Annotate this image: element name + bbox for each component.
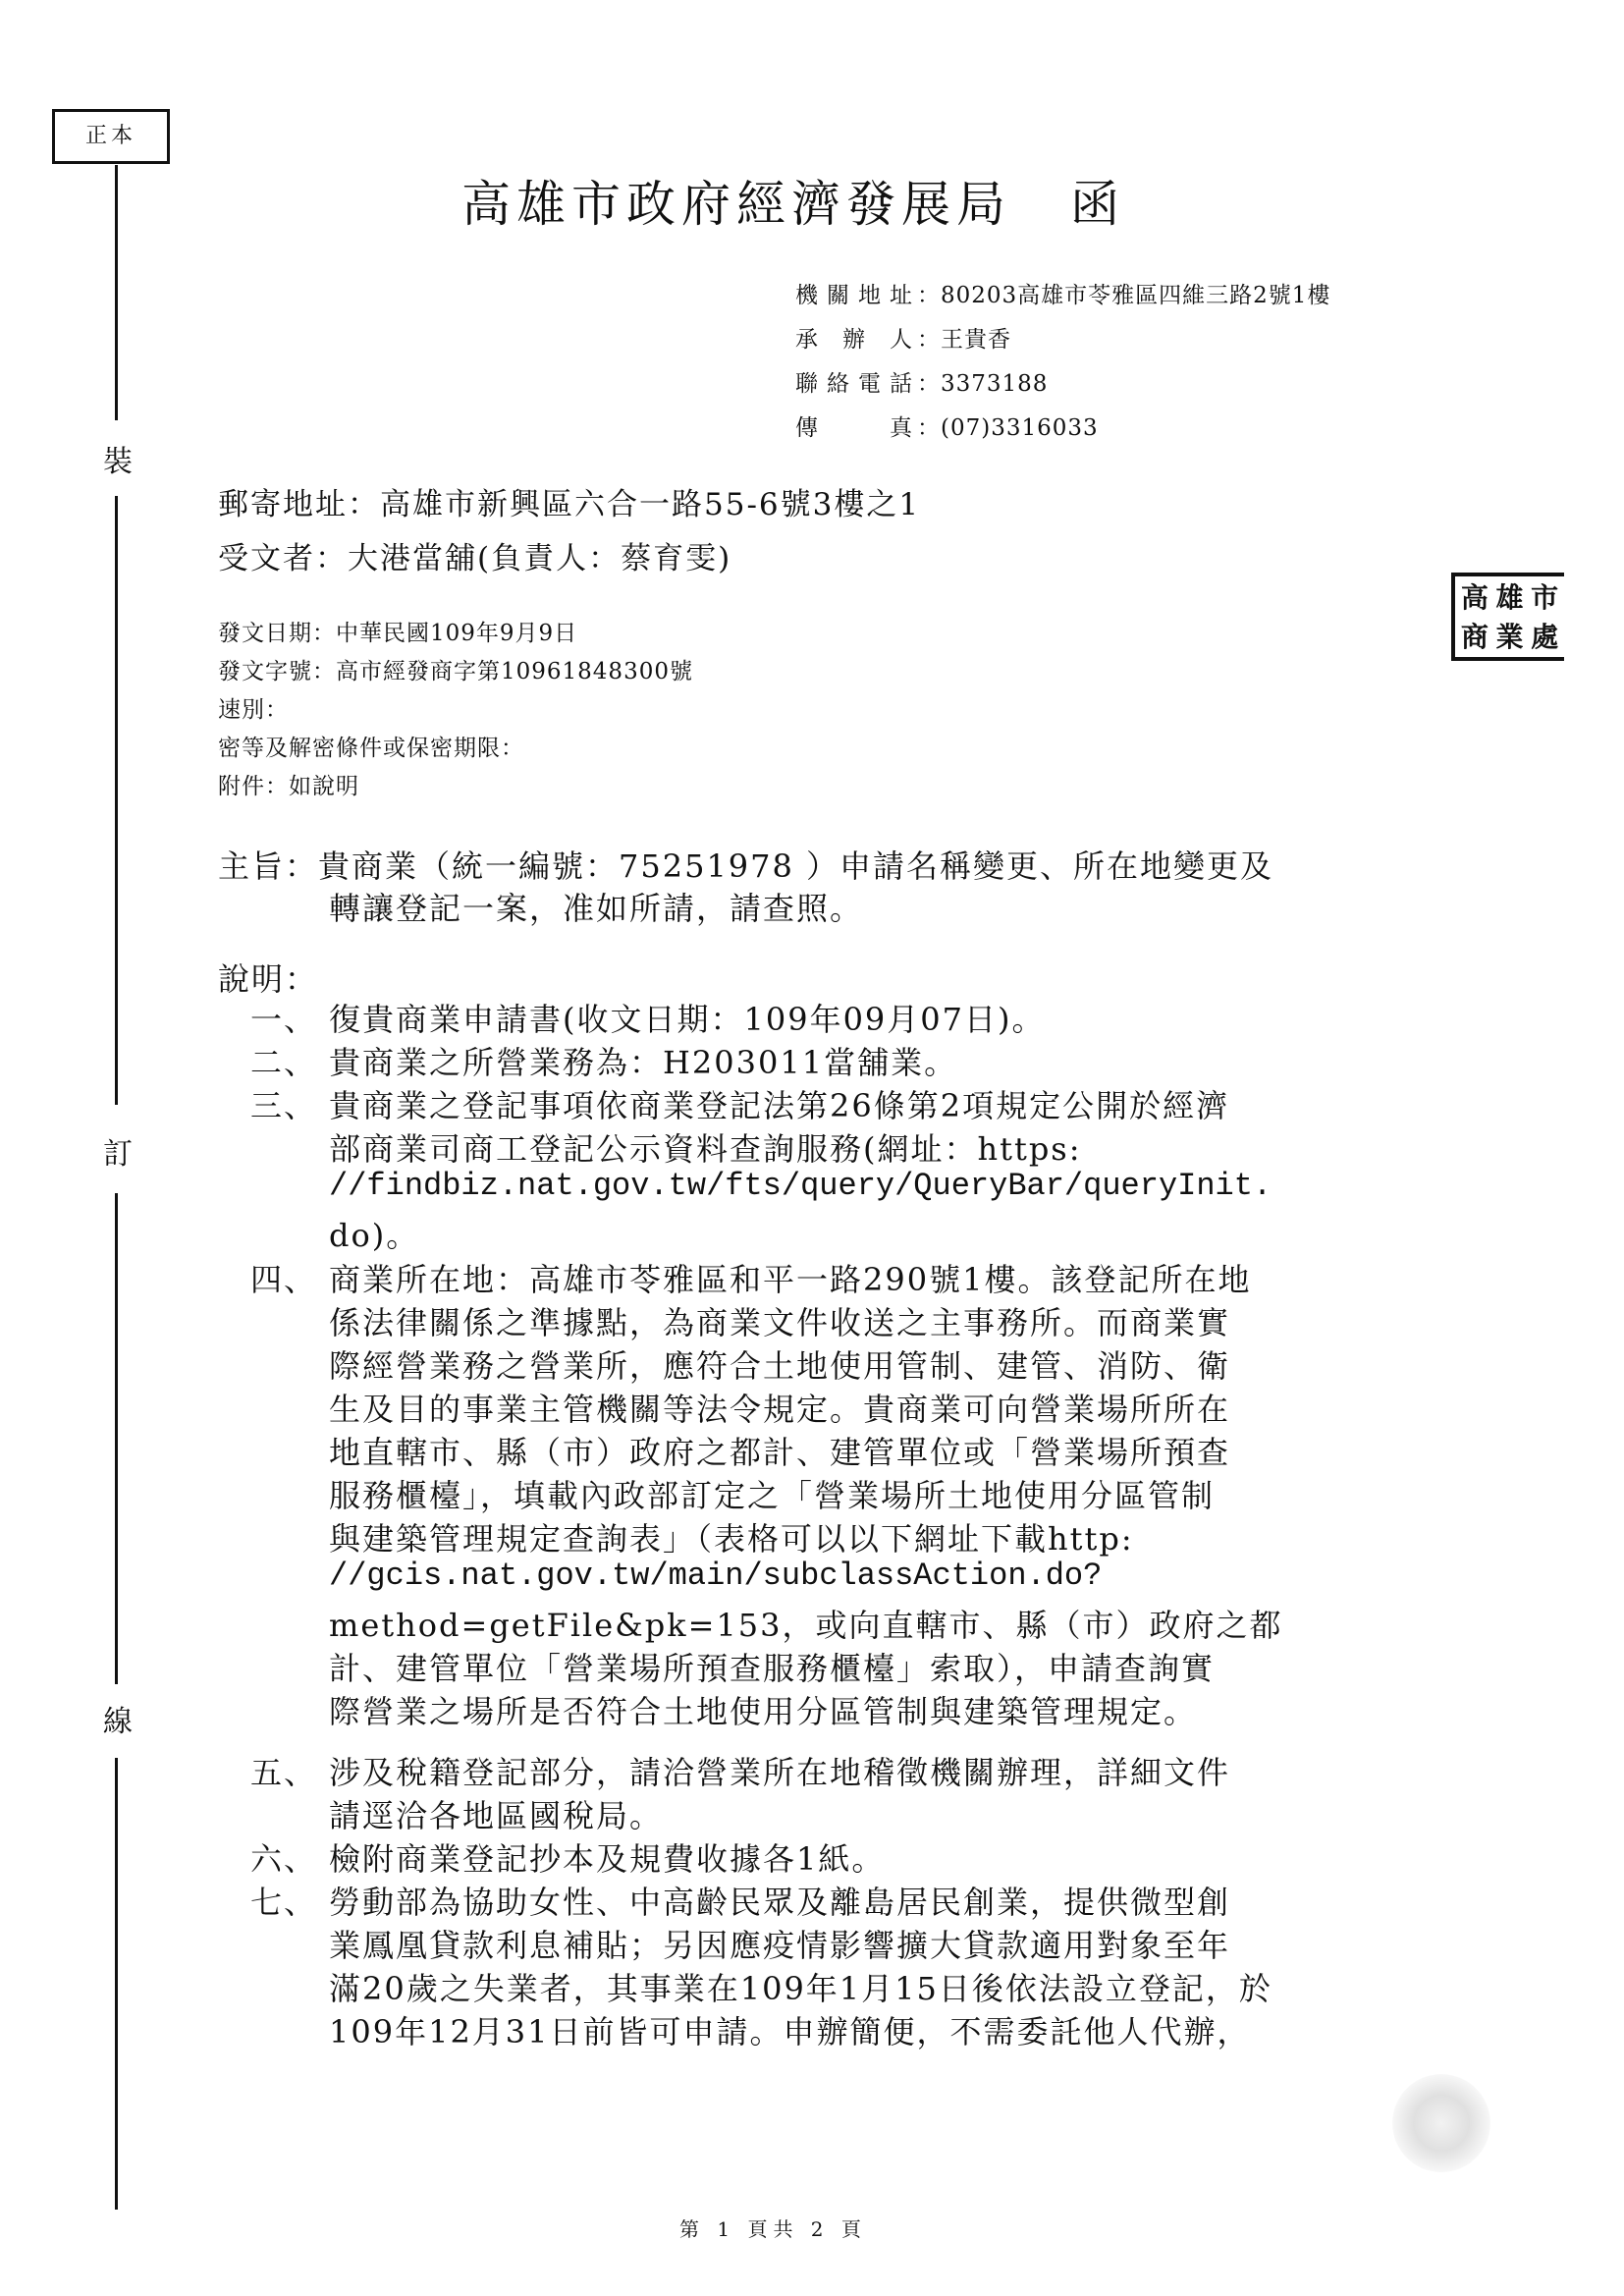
original-copy-label: 正本 (52, 109, 170, 164)
item-number: 三、 (250, 1081, 317, 1126)
binding-mark-ding: 訂 (98, 1129, 137, 1173)
agency-name: 高雄市政府經濟發展局 (461, 176, 1011, 233)
item-4-line: 際經營業務之營業所，應符合土地使用管制、建管、消防、衛 (329, 1341, 1230, 1387)
item-4-line: 與建築管理規定查詢表」（表格可以以下網址下載http: (329, 1514, 1134, 1559)
document-number: 發文字號：高市經發商字第10961848300號 (218, 653, 693, 685)
binding-line-upper (115, 496, 118, 1105)
attachment: 附件：如說明 (218, 768, 359, 800)
item-number: 二、 (250, 1038, 317, 1083)
item-6-line: 檢附商業登記抄本及規費收據各1紙。 (329, 1834, 885, 1880)
item-4-line: 計、建管單位「營業場所預查服務櫃檯」索取），申請查詢實 (329, 1644, 1215, 1689)
item-7-line: 勞動部為協助女性、中高齡民眾及離島居民創業，提供微型創 (329, 1878, 1230, 1923)
subject-line-2: 轉讓登記一案，准如所請，請查照。 (329, 884, 863, 929)
item-2-line: 貴商業之所營業務為：H203011當舖業。 (329, 1038, 957, 1083)
binding-mark-xian: 線 (98, 1697, 137, 1740)
item-4-line: 商業所在地：高雄市苓雅區和平一路290號1樓。該登記所在地 (329, 1255, 1251, 1300)
contact-phone: 聯絡電話：3373188 (795, 365, 1048, 398)
item-3-url: //findbiz.nat.gov.tw/fts/query/QueryBar/… (329, 1168, 1272, 1204)
item-7-line: 109年12月31日前皆可申請。申辦簡便，不需委託他人代辦， (329, 2007, 1251, 2052)
addressee: 受文者：大港當舖(負責人：蔡育雯) (218, 533, 731, 577)
item-5-line: 涉及稅籍登記部分，請洽營業所在地稽徵機關辦理，詳細文件 (329, 1748, 1230, 1793)
binding-line-top (115, 165, 118, 420)
item-number: 一、 (250, 995, 317, 1040)
official-stamp: 高 雄 市 商 業 處 (1451, 573, 1564, 661)
item-4-line: 生及目的事業主管機關等法令規定。貴商業可向營業場所所在 (329, 1385, 1230, 1430)
item-4-line: 地直轄市、縣（市）政府之都計、建管單位或「營業場所預查 (329, 1428, 1230, 1473)
mailing-address: 郵寄地址：高雄市新興區六合一路55-6號3樓之1 (218, 479, 920, 523)
contact-fax: 傳 真：(07)3316033 (795, 410, 1099, 442)
item-3-line: do)。 (329, 1211, 419, 1256)
item-1-line: 復貴商業申請書(收文日期：109年09月07日)。 (329, 995, 1046, 1040)
contact-handler: 承 辦 人：王貴香 (795, 321, 1011, 354)
explanation-heading: 說明： (218, 955, 318, 1000)
binding-line-middle (115, 1193, 118, 1684)
urgency: 速別： (218, 691, 289, 724)
item-3-line: 部商業司商工登記公示資料查詢服務(網址：https: (329, 1124, 1082, 1170)
item-5-line: 請逕洽各地區國稅局。 (329, 1791, 663, 1836)
item-number: 五、 (250, 1748, 317, 1793)
item-number: 四、 (250, 1255, 317, 1300)
document-title: 高雄市政府經濟發展局函 (461, 165, 1125, 236)
classification: 密等及解密條件或保密期限： (218, 730, 524, 762)
item-number: 七、 (250, 1878, 317, 1923)
item-4-url: //gcis.nat.gov.tw/main/subclassAction.do… (329, 1558, 1102, 1594)
item-number: 六、 (250, 1834, 317, 1880)
item-3-line: 貴商業之登記事項依商業登記法第26條第2項規定公開於經濟 (329, 1081, 1229, 1126)
item-4-line: 際營業之場所是否符合土地使用分區管制與建築管理規定。 (329, 1687, 1197, 1732)
contact-address: 機關地址：80203高雄市苓雅區四維三路2號1樓 (795, 277, 1330, 309)
item-7-line: 滿20歲之失業者，其事業在109年1月15日後依法設立登記，於 (329, 1964, 1272, 2009)
faint-seal-mark (1392, 2074, 1490, 2172)
document-type: 函 (1070, 176, 1125, 233)
binding-mark-zhuang: 裝 (98, 437, 137, 480)
item-4-line: 係法律關係之準據點，為商業文件收送之主事務所。而商業實 (329, 1298, 1230, 1343)
item-7-line: 業鳳凰貸款利息補貼；另因應疫情影響擴大貸款適用對象至年 (329, 1921, 1230, 1966)
subject-line-1: 主旨：貴商業（統一編號：75251978 ）申請名稱變更、所在地變更及 (218, 842, 1273, 887)
item-4-line: method=getFile&pk=153，或向直轄市、縣（市）政府之都 (329, 1601, 1282, 1646)
item-4-line: 服務櫃檯」，填載內政部訂定之「營業場所土地使用分區管制 (329, 1471, 1215, 1516)
page-indicator: 第 1 頁共 2 頁 (679, 2214, 867, 2242)
binding-line-bottom (115, 1758, 118, 2210)
issue-date: 發文日期：中華民國109年9月9日 (218, 615, 577, 647)
